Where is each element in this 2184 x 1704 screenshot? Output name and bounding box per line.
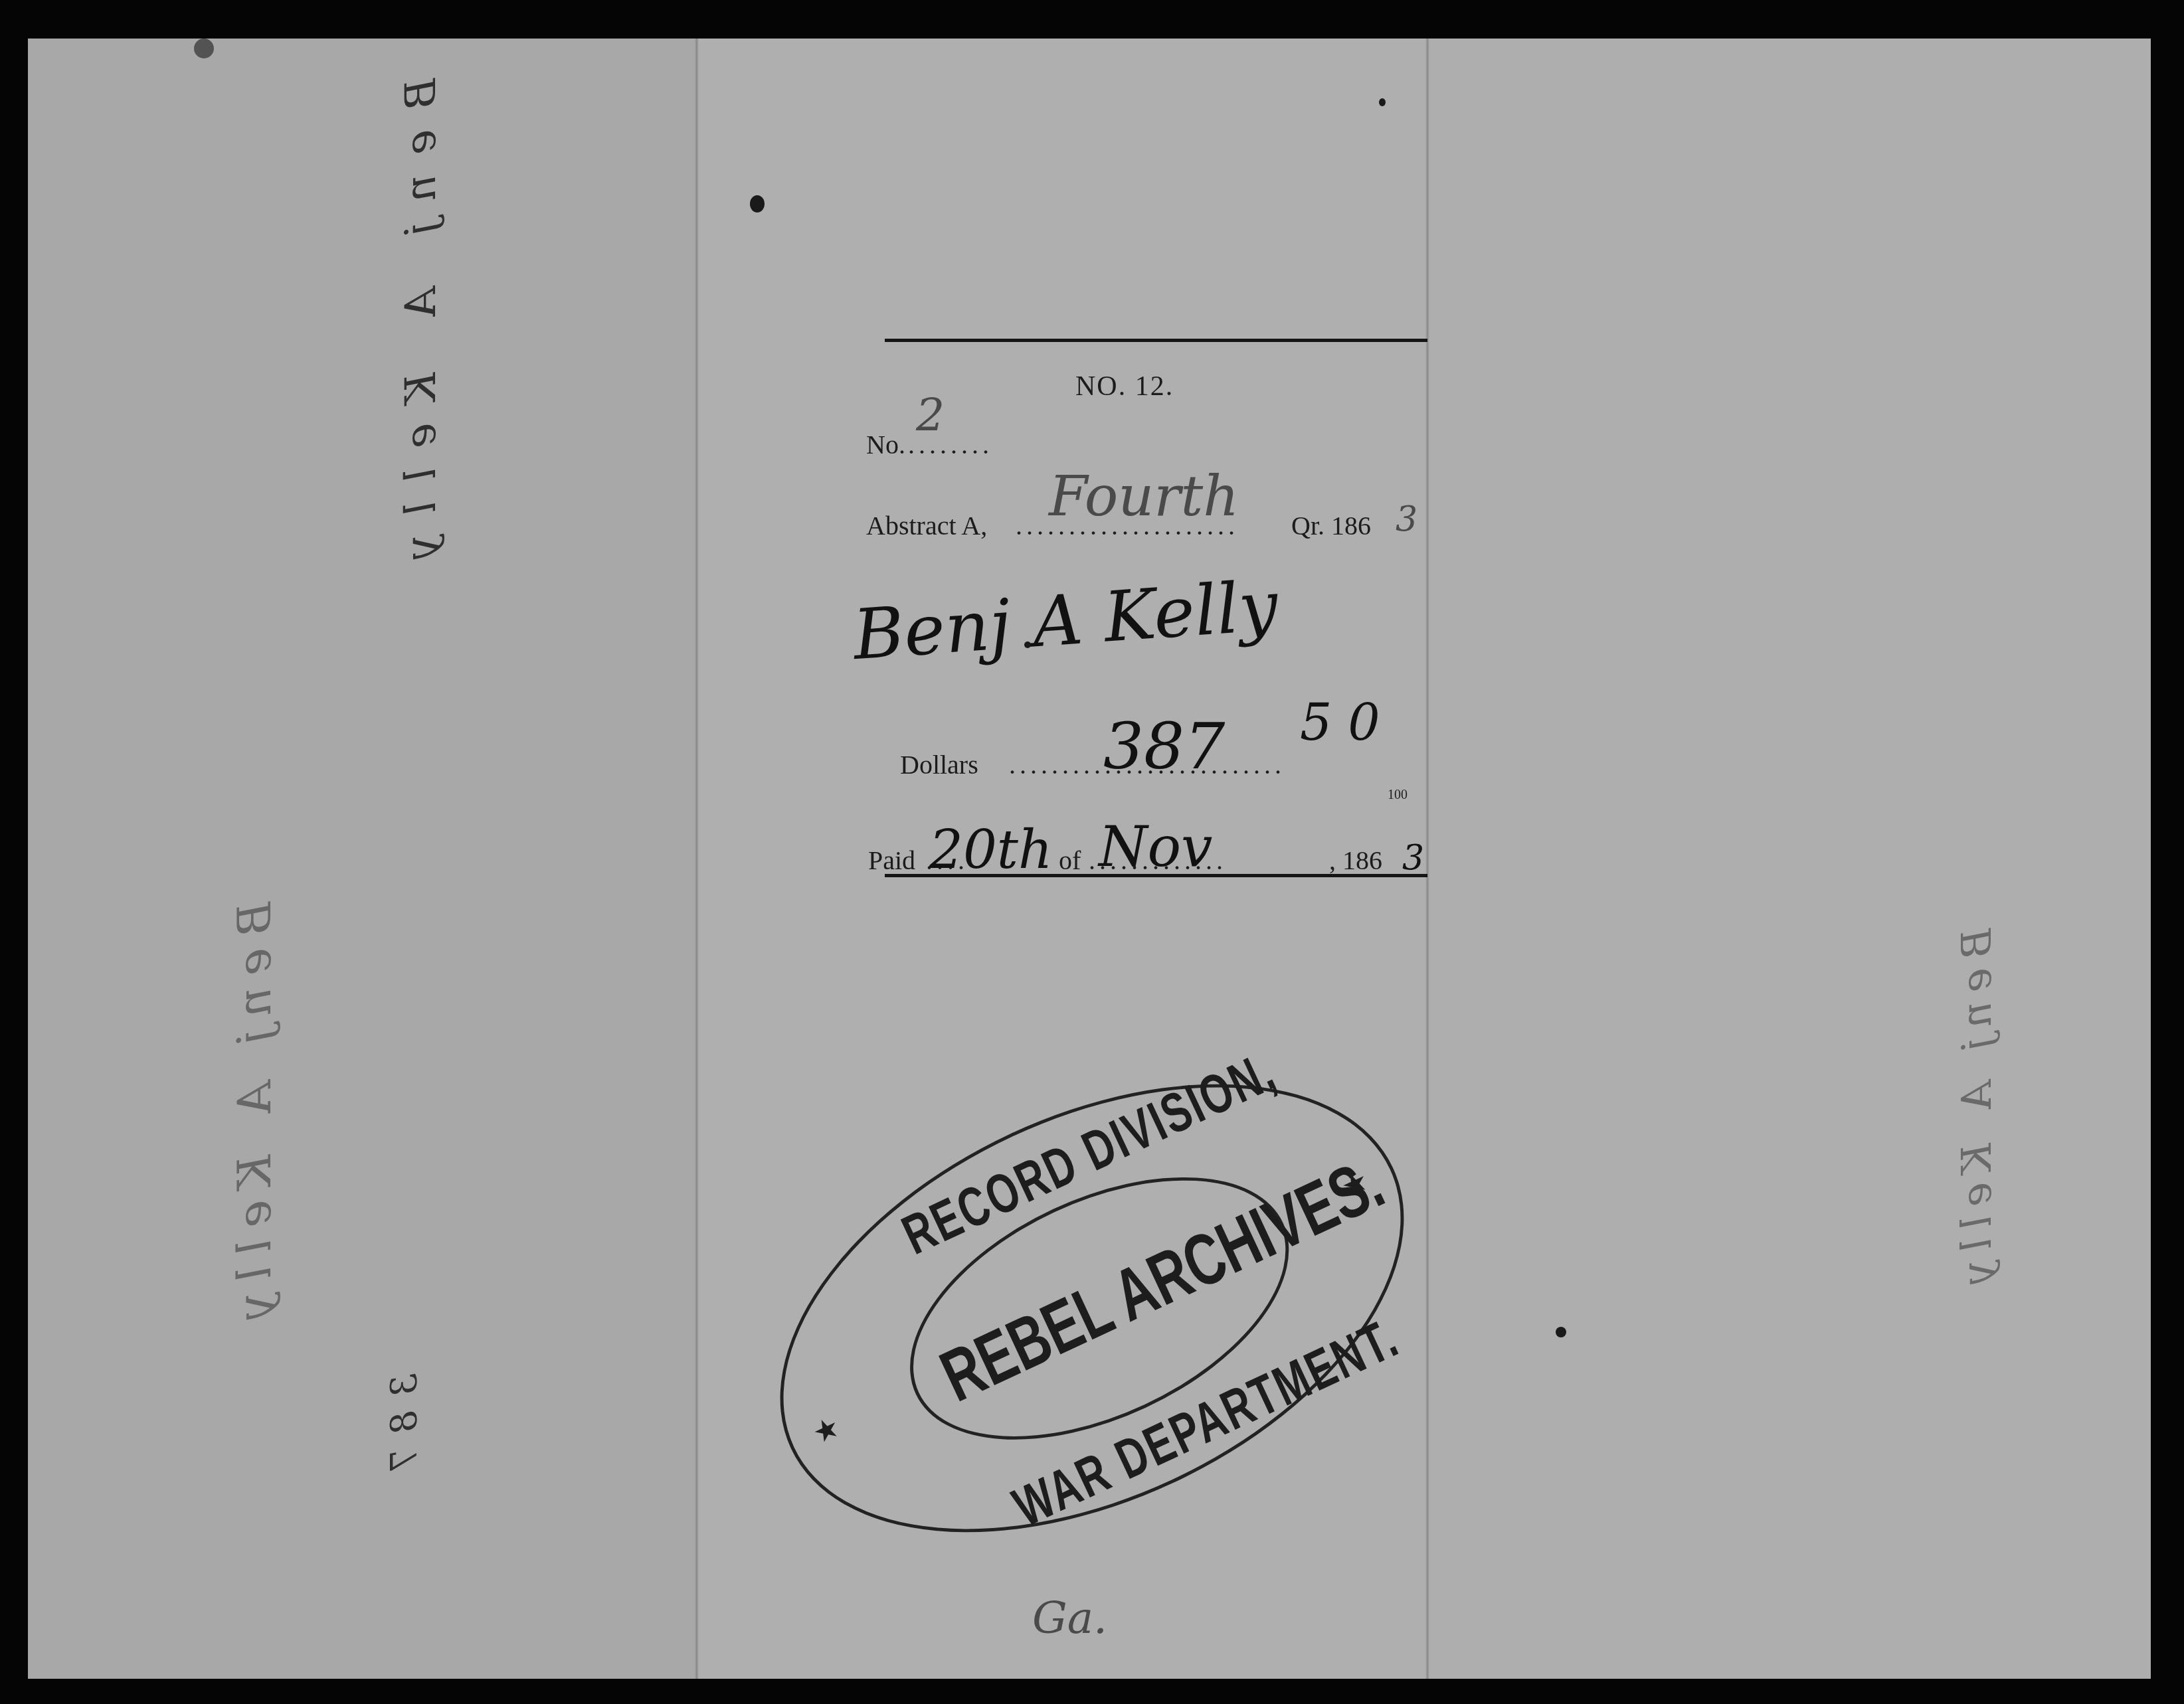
ink-speck xyxy=(750,195,765,213)
bleed-through-text: Benj A Kelly xyxy=(397,78,446,1141)
ink-speck xyxy=(1024,641,1031,648)
bleed-through-amount: 387 xyxy=(383,1373,425,1599)
cents-value: 50 xyxy=(1300,693,1396,752)
ink-speck xyxy=(1379,98,1386,106)
quarter-label: Qr. 186 xyxy=(1291,510,1371,541)
form-number: NO. 12. xyxy=(1075,371,1174,402)
left-panel: Benj A Kelly Benj A Kelly 387 xyxy=(28,39,697,1679)
quarter-year-suffix: 3 xyxy=(1396,499,1417,539)
bleed-through-text: Benj A Kelly xyxy=(227,902,282,1367)
paid-year-prefix: , 186 xyxy=(1329,845,1382,876)
bleed-through-text: Benj A Kelly xyxy=(1952,928,2001,1340)
paid-month: Nov xyxy=(1099,814,1213,879)
dollars-label: Dollars xyxy=(900,749,978,780)
fold-line-right xyxy=(1425,39,1429,1679)
of-label: of xyxy=(1059,845,1081,876)
state-note: Ga. xyxy=(1032,1592,1107,1644)
fold-line-left xyxy=(695,39,699,1679)
ink-speck xyxy=(194,39,214,58)
abstract-quarter-value: Fourth xyxy=(1049,464,1239,529)
bottom-rule xyxy=(885,874,1435,877)
cents-denominator: 100 xyxy=(1388,788,1408,803)
voucher-no-label: No. xyxy=(866,429,905,460)
paid-day: 20th xyxy=(929,819,1052,881)
ink-speck xyxy=(1556,1327,1566,1337)
payee-name: Benj A Kelly xyxy=(851,565,1281,675)
voucher-no-value: 2 xyxy=(916,389,945,442)
dollars-value: 387 xyxy=(1103,709,1225,784)
abstract-label: Abstract A, xyxy=(866,510,987,541)
paid-label: Paid xyxy=(868,845,915,876)
right-panel: Benj A Kelly xyxy=(1427,39,2151,1679)
top-rule xyxy=(885,339,1435,342)
